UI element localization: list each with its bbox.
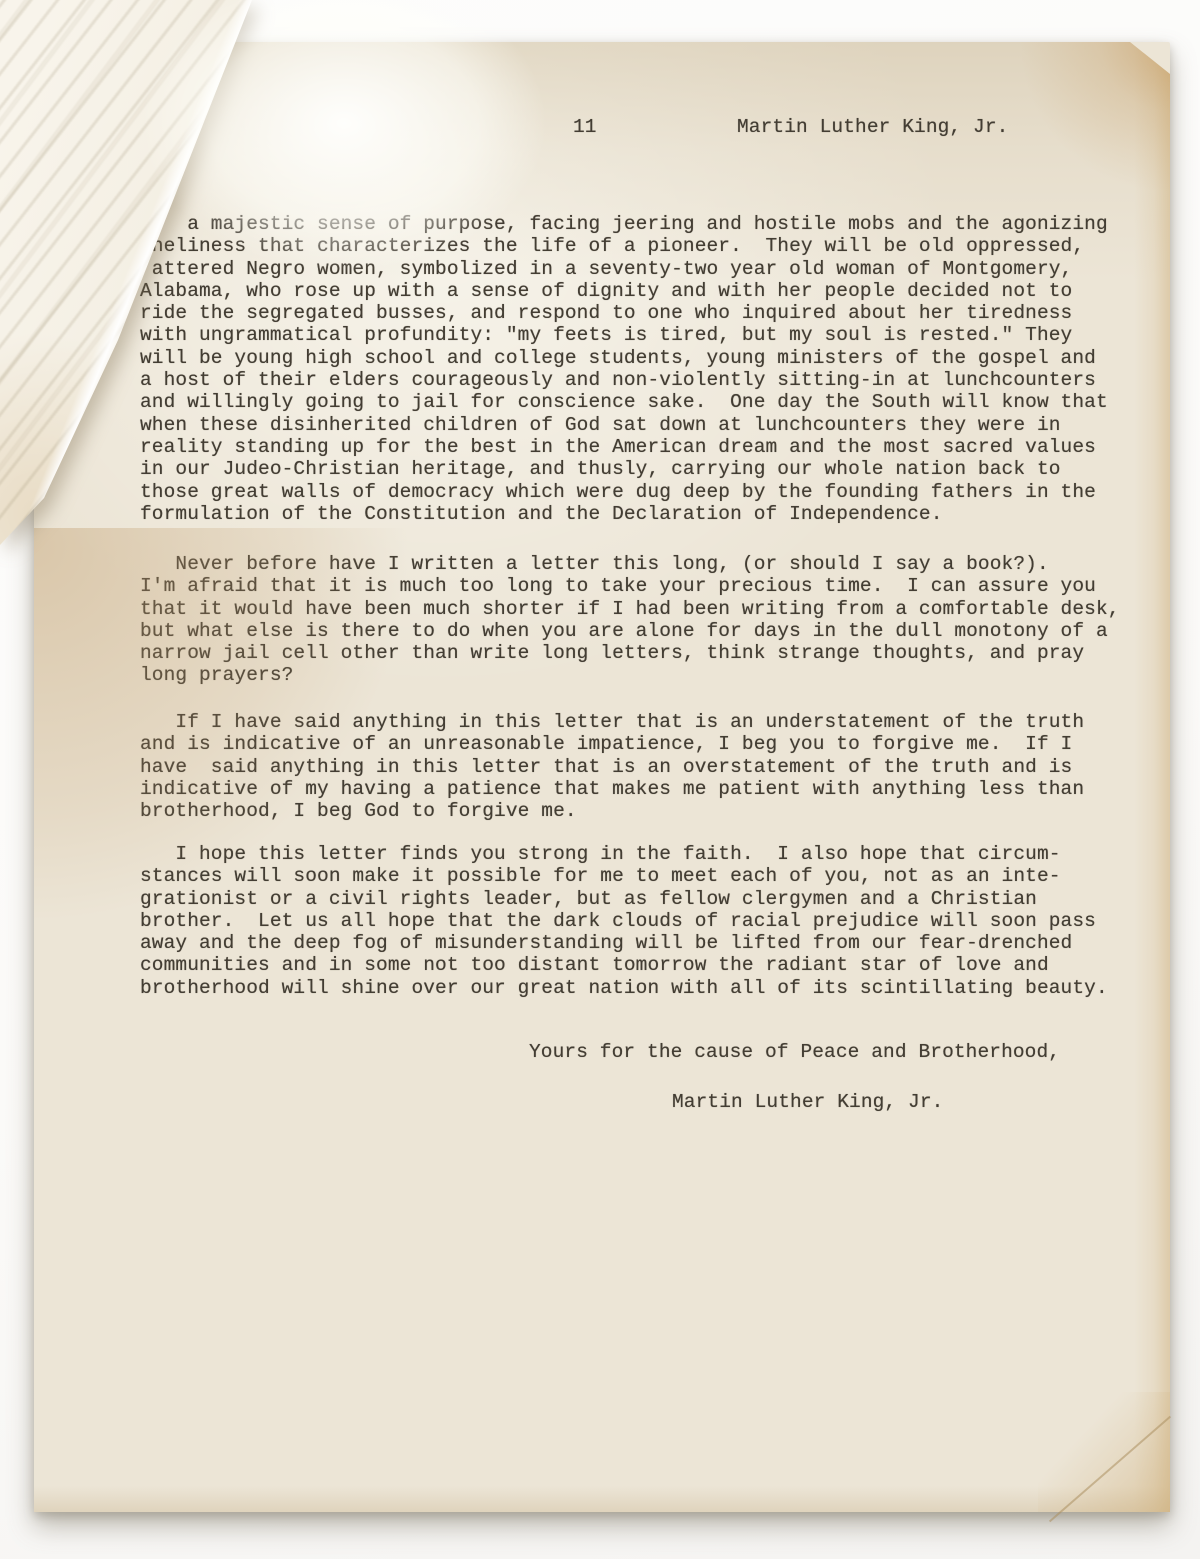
- text-line: when these disinherited children of God …: [140, 414, 1108, 436]
- text-line: formulation of the Constitution and the …: [140, 503, 1108, 525]
- paragraph-1: a majestic sense of purpose, facing jeer…: [140, 213, 1108, 525]
- text-line: a host of their elders courageously and …: [140, 369, 1108, 391]
- text-line: I'm afraid that it is much too long to t…: [140, 575, 1120, 597]
- text-line: ride the segregated busses, and respond …: [140, 302, 1108, 324]
- text-line: and is indicative of an unreasonable imp…: [140, 733, 1084, 755]
- letter-page: 11 Martin Luther King, Jr. a majestic se…: [34, 42, 1170, 1512]
- paragraph-2: Never before have I written a letter thi…: [140, 553, 1120, 687]
- text-line: If I have said anything in this letter t…: [140, 711, 1084, 733]
- text-line: that it would have been much shorter if …: [140, 598, 1120, 620]
- text-line: have said anything in this letter that i…: [140, 756, 1084, 778]
- text-line: away and the deep fog of misunderstandin…: [140, 932, 1108, 954]
- text-line: and willingly going to jail for conscien…: [140, 391, 1108, 413]
- text-line: narrow jail cell other than write long l…: [140, 642, 1120, 664]
- text-line: in our Judeo-Christian heritage, and thu…: [140, 458, 1108, 480]
- text-line: stances will soon make it possible for m…: [140, 865, 1108, 887]
- text-line: indicative of my having a patience that …: [140, 778, 1084, 800]
- text-line: but what else is there to do when you ar…: [140, 620, 1120, 642]
- text-line: those great walls of democracy which wer…: [140, 481, 1108, 503]
- signature-line: Martin Luther King, Jr.: [672, 1091, 943, 1113]
- text-line: Never before have I written a letter thi…: [140, 553, 1120, 575]
- text-line: will be young high school and college st…: [140, 347, 1108, 369]
- text-line: a majestic sense of purpose, facing jeer…: [140, 213, 1108, 235]
- text-line: reality standing up for the best in the …: [140, 436, 1108, 458]
- photo-of-typed-letter: { "colors":{"paper":"#ece5d6","ink":"#43…: [0, 0, 1200, 1559]
- text-line: long prayers?: [140, 664, 1120, 686]
- text-line: grationist or a civil rights leader, but…: [140, 888, 1108, 910]
- running-head-author: Martin Luther King, Jr.: [737, 116, 1008, 138]
- text-line: Alabama, who rose up with a sense of dig…: [140, 280, 1108, 302]
- text-line: brotherhood, I beg God to forgive me.: [140, 800, 1084, 822]
- paragraph-4: I hope this letter finds you strong in t…: [140, 843, 1108, 999]
- text-line: attered Negro women, symbolized in a sev…: [140, 258, 1108, 280]
- text-line: with ungrammatical profundity: "my feets…: [140, 324, 1108, 346]
- typewritten-text-layer: 11 Martin Luther King, Jr. a majestic se…: [0, 0, 1200, 1559]
- closing-line: Yours for the cause of Peace and Brother…: [529, 1041, 1060, 1063]
- text-line: I hope this letter finds you strong in t…: [140, 843, 1108, 865]
- paragraph-3: If I have said anything in this letter t…: [140, 711, 1084, 822]
- text-line: brotherhood will shine over our great na…: [140, 977, 1108, 999]
- text-line: brother. Let us all hope that the dark c…: [140, 910, 1108, 932]
- text-line: neliness that characterizes the life of …: [140, 235, 1108, 257]
- page-number: 11: [573, 116, 597, 138]
- text-line: communities and in some not too distant …: [140, 954, 1108, 976]
